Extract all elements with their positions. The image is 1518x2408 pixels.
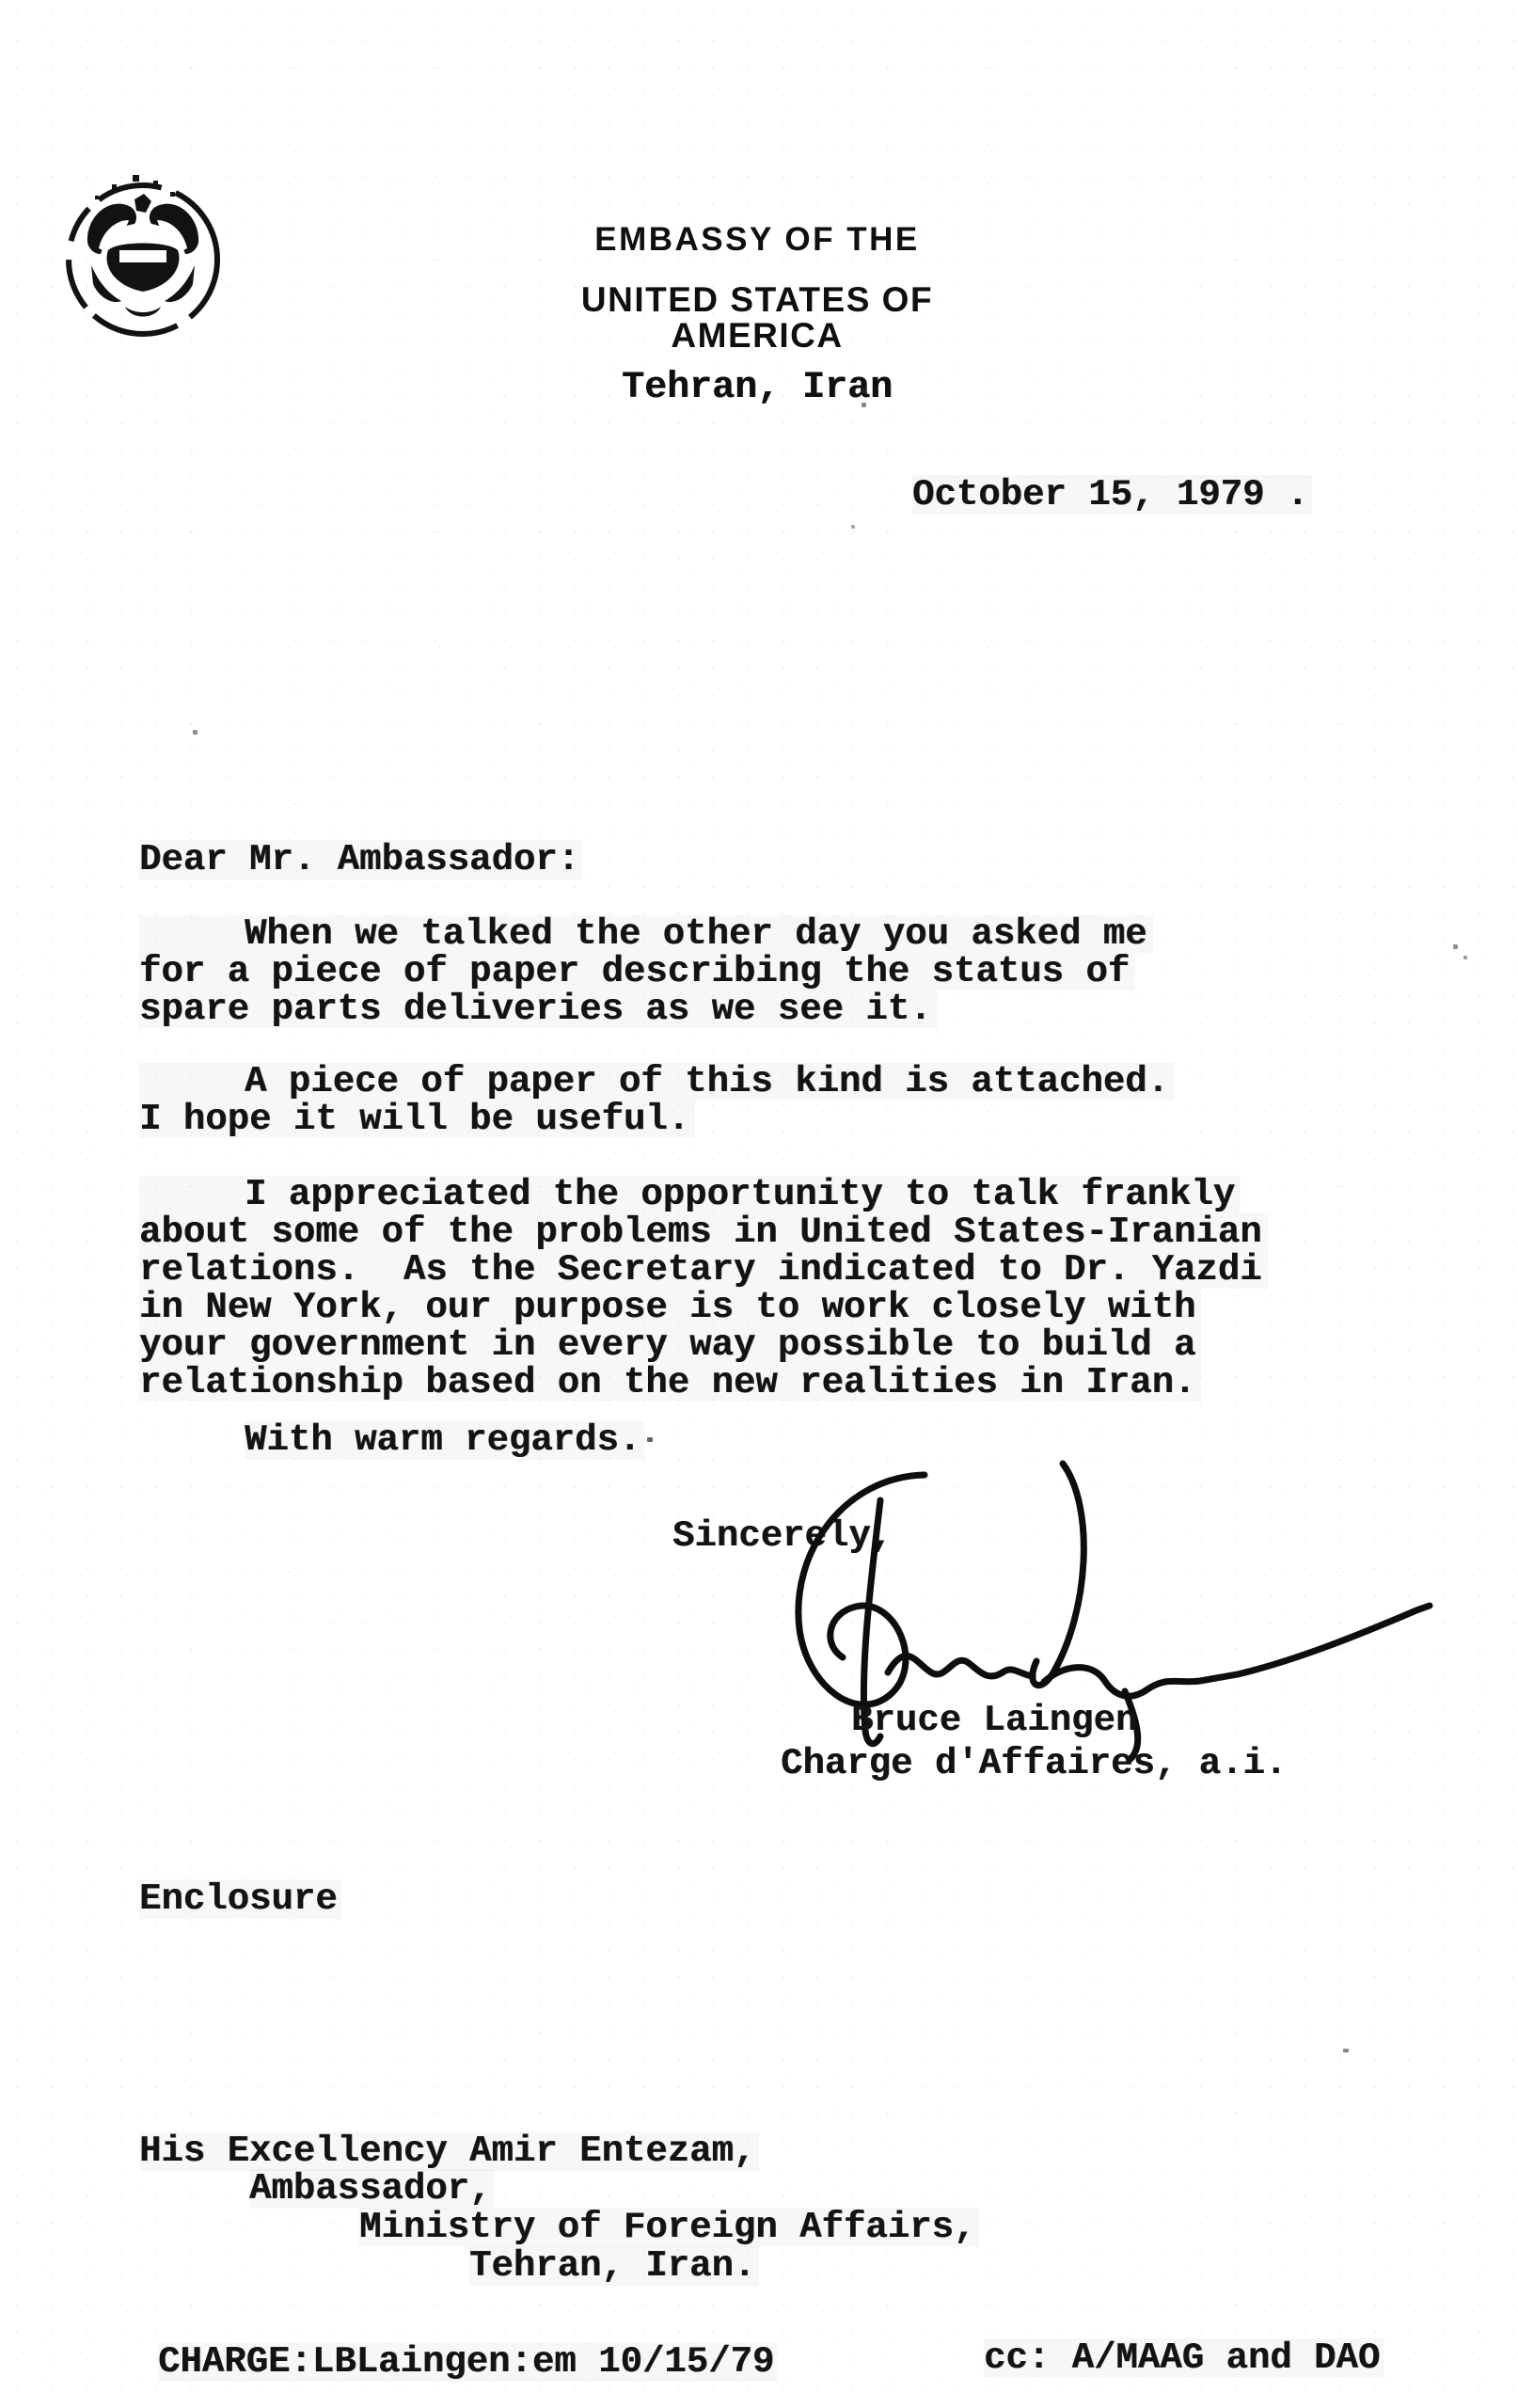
paragraph-2: A piece of paper of this kind is attache… [139,1063,1175,1138]
scan-noise-dot [851,525,855,529]
recipient-line4: Tehran, Iran. [469,2246,759,2286]
letterhead-line2: UNITED STATES OF AMERICA [508,282,1006,354]
salutation: Dear Mr. Ambassador: [139,840,583,879]
letter-line: your government in every way possible to… [139,1326,1201,1364]
scan-noise-dot [647,1437,653,1442]
recipient-line2: Ambassador, [249,2169,495,2209]
letter-line: in New York, our purpose is to work clos… [139,1289,1201,1326]
scan-noise-dot [193,730,198,735]
scan-noise-dot [862,403,866,407]
letter-line: relationship based on the new realities … [139,1364,1201,1402]
letter-line: relations. As the Secretary indicated to… [139,1251,1268,1289]
scan-noise-dot [1463,956,1467,959]
us-great-seal-icon [52,167,232,344]
signer-name: Bruce Laingen [851,1701,1141,1740]
letterhead: EMBASSY OF THE UNITED STATES OF AMERICA … [508,222,1006,408]
letter-line: I hope it will be useful. [139,1101,695,1138]
enclosure-line: Enclosure [139,1879,341,1919]
letter-page: EMBASSY OF THE UNITED STATES OF AMERICA … [0,0,1518,2408]
letter-line: I appreciated the opportunity to talk fr… [139,1176,1241,1213]
scan-noise-dot [1453,944,1458,949]
recipient-line1: His Excellency Amir Entezam, [139,2131,759,2171]
recipient-line3: Ministry of Foreign Affairs, [359,2208,979,2247]
footer-reference: CHARGE:LBLaingen:em 10/15/79 [158,2342,778,2382]
letter-line: When we talked the other day you asked m… [139,915,1153,953]
letter-line: for a piece of paper describing the stat… [139,953,1135,990]
footer-cc: cc: A/MAAG and DAO [984,2338,1384,2378]
regards-line: With warm regards. [245,1420,644,1460]
paragraph-3: I appreciated the opportunity to talk fr… [139,1176,1268,1402]
letterhead-line1: EMBASSY OF THE [508,222,1006,258]
letter-line: spare parts deliveries as we see it. [139,990,938,1028]
letter-line: A piece of paper of this kind is attache… [139,1063,1175,1101]
date-line: October 15, 1979 . [912,475,1312,515]
signer-title: Charge d'Affaires, a.i. [781,1744,1290,1783]
letterhead-line3: Tehran, Iran [508,369,1006,408]
scan-noise-dot [861,388,866,393]
paragraph-1: When we talked the other day you asked m… [139,915,1153,1028]
scan-noise-dot [1343,2049,1349,2052]
letter-line: about some of the problems in United Sta… [139,1213,1268,1251]
